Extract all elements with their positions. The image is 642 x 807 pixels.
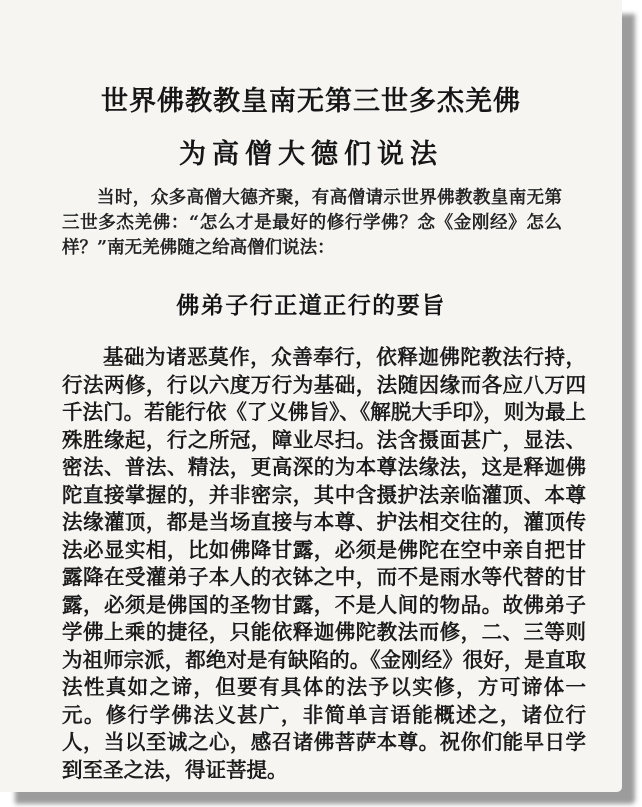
section-heading: 佛弟子行正道正行的要旨 bbox=[20, 287, 602, 320]
document-page: 世界佛教教皇南无第三世多杰羌佛 为高僧大德们说法 当时，众多高僧大德齐聚，有高僧… bbox=[0, 0, 622, 792]
body-paragraph: 基础为诸恶莫作，众善奉行，依释迦佛陀教法行持，行法两修，行以六度万行为基础，法随… bbox=[62, 344, 586, 784]
document-title-line1: 世界佛教教皇南无第三世多杰羌佛 bbox=[20, 86, 602, 117]
intro-paragraph: 当时，众多高僧大德齐聚，有高僧请示世界佛教教皇南无第三世多杰羌佛：“怎么才是最好… bbox=[62, 186, 562, 261]
document-title-line2: 为高僧大德们说法 bbox=[20, 139, 602, 170]
